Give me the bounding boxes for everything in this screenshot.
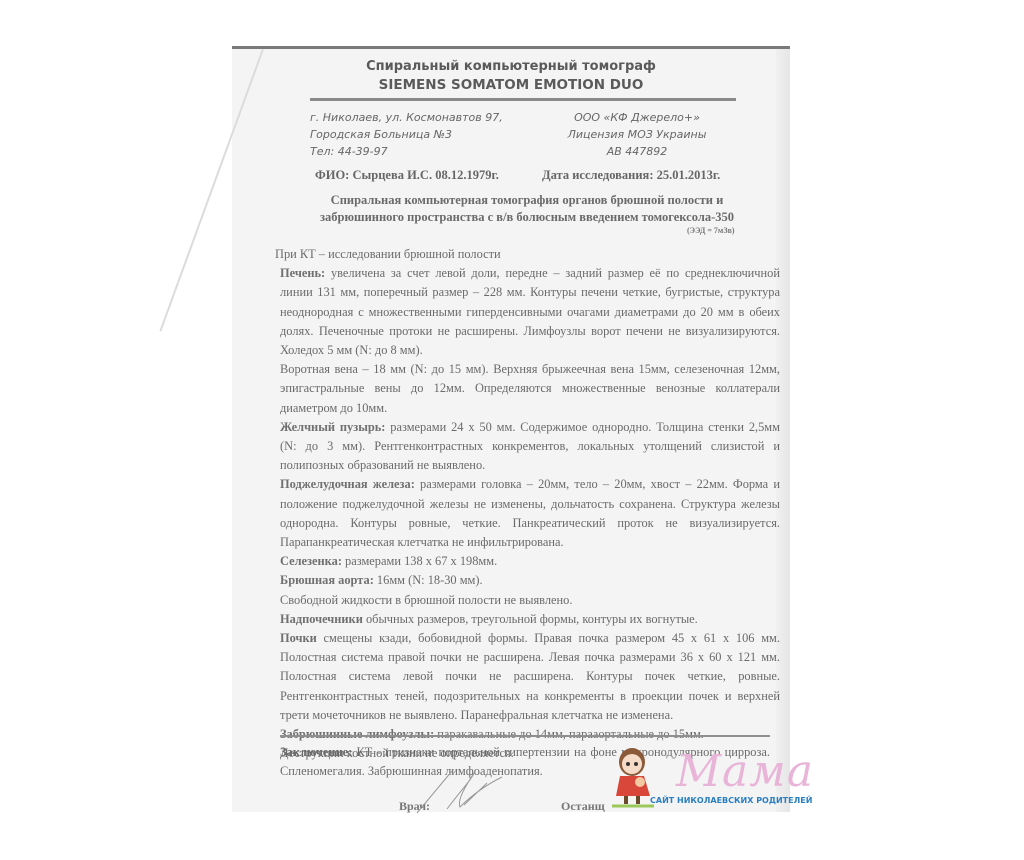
address-line: Тел: 44-39-97 xyxy=(310,143,503,160)
license-line: ООО «КФ Джерело+» xyxy=(552,109,722,126)
license-line: АВ 447892 xyxy=(552,143,722,160)
patient-name: ФИО: Сырцева И.С. 08.12.1979г. xyxy=(315,168,499,183)
finding-paragraph: Селезенка: размерами 138 х 67 х 198мм. xyxy=(280,552,780,571)
finding-label: Печень: xyxy=(280,266,325,280)
finding-text: размерами 138 х 67 х 198мм. xyxy=(342,554,497,568)
finding-text: смещены кзади, бобовидной формы. Правая … xyxy=(280,631,780,722)
conclusion-divider xyxy=(280,735,770,737)
findings-sections: Печень: увеличена за счет левой доли, пе… xyxy=(280,264,780,763)
finding-label: Селезенка: xyxy=(280,554,342,568)
clinic-address: г. Николаев, ул. Космонавтов 97, Городск… xyxy=(310,109,503,160)
device-model: SIEMENS SOMATOM EMOTION DUO xyxy=(232,77,790,93)
finding-text: увеличена за счет левой доли, передне – … xyxy=(280,266,780,357)
doctor-signature-label: Врач: xyxy=(399,799,430,814)
device-title: Спиральный компьютерный томограф xyxy=(232,59,790,74)
header-divider xyxy=(310,98,736,101)
findings-intro: При КТ – исследовании брюшной полости xyxy=(275,245,780,264)
finding-label: Брюшная аорта: xyxy=(280,573,374,587)
finding-paragraph: Печень: увеличена за счет левой доли, пе… xyxy=(280,264,780,360)
findings-body: При КТ – исследовании брюшной полости Пе… xyxy=(280,245,780,763)
finding-paragraph: Надпочечники обычных размеров, треугольн… xyxy=(280,610,780,629)
finding-text: 16мм (N: 18-30 мм). xyxy=(374,573,483,587)
study-date: Дата исследования: 25.01.2013г. xyxy=(542,168,720,183)
scanned-document-page: Спиральный компьютерный томограф SIEMENS… xyxy=(232,46,790,812)
study-title: Спиральная компьютерная томография орган… xyxy=(292,192,762,226)
watermark-subtitle: САЙТ НИКОЛАЕВСКИХ РОДИТЕЛЕЙ xyxy=(650,796,812,805)
site-watermark: Мама САЙТ НИКОЛАЕВСКИХ РОДИТЕЛЕЙ xyxy=(610,752,790,812)
stamp-label: Останщ xyxy=(561,799,605,814)
finding-paragraph: Свободной жидкости в брюшной полости не … xyxy=(280,591,780,610)
finding-paragraph: Поджелудочная железа: размерами головка … xyxy=(280,475,780,552)
finding-label: Почки xyxy=(280,631,317,645)
finding-paragraph: Брюшная аорта: 16мм (N: 18-30 мм). xyxy=(280,571,780,590)
study-title-line: забрюшинного пространства с в/в болюсным… xyxy=(292,209,762,226)
finding-text: обычных размеров, треугольной формы, кон… xyxy=(363,612,698,626)
conclusion-label: Заключение: xyxy=(280,745,352,759)
address-line: Городская Больница №3 xyxy=(310,126,503,143)
finding-text: Воротная вена – 18 мм (N: до 15 мм). Вер… xyxy=(280,362,780,414)
finding-label: Желчный пузырь: xyxy=(280,420,385,434)
license-line: Лицензия МОЗ Украины xyxy=(552,126,722,143)
address-line: г. Николаев, ул. Космонавтов 97, xyxy=(310,109,503,126)
radiation-dose: (ЭЭД = 7мЗв) xyxy=(687,226,735,235)
finding-label: Поджелудочная железа: xyxy=(280,477,415,491)
finding-text: Свободной жидкости в брюшной полости не … xyxy=(280,593,572,607)
finding-label: Надпочечники xyxy=(280,612,363,626)
license-info: ООО «КФ Джерело+» Лицензия МОЗ Украины А… xyxy=(552,109,722,160)
finding-paragraph: Почки смещены кзади, бобовидной формы. П… xyxy=(280,629,780,725)
finding-paragraph: Желчный пузырь: размерами 24 х 50 мм. Со… xyxy=(280,418,780,476)
study-title-line: Спиральная компьютерная томография орган… xyxy=(292,192,762,209)
finding-paragraph: Воротная вена – 18 мм (N: до 15 мм). Вер… xyxy=(280,360,780,418)
watermark-title: Мама xyxy=(676,746,814,797)
